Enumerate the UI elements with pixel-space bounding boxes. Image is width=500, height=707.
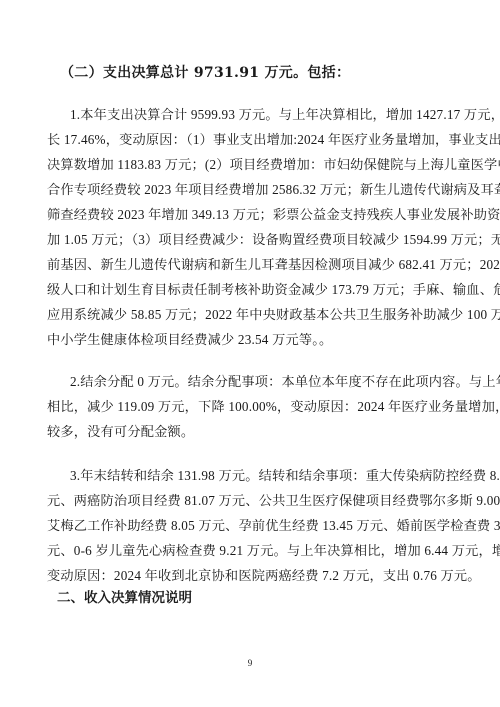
- document-page: （二）支出决算总计 9731.91 万元。包括： 1.本年支出决算合计 9599…: [0, 0, 500, 707]
- text-line: 前基因、新生儿遗传代谢病和新生儿耳聋基因检测项目减少 682.41 万元；202…: [47, 257, 451, 273]
- text-line: 长 17.46%，变动原因：（1）事业支出增加:2024 年医疗业务量增加，事业…: [47, 132, 451, 148]
- text-line: 较多，没有可分配金额。: [47, 424, 451, 440]
- section-heading-income: 二、收入决算情况说明: [57, 589, 192, 607]
- text-line: 筛查经费较 2023 年增加 349.13 万元；彩票公益金支持残疾人事业发展补…: [47, 207, 451, 223]
- text-line: 元、0-6 岁儿童先心病检查费 9.21 万元。与上年决算相比，增加 6.44 …: [47, 543, 451, 559]
- text-line: 2.结余分配 0 万元。结余分配事项：本单位本年度不存在此项内容。与上年决算: [70, 374, 451, 390]
- text-line: 元、两癌防治项目经费 81.07 万元、公共卫生医疗保健项目经费鄂尔多斯 9.0…: [47, 493, 451, 509]
- text-line: 决算数增加 1183.83 万元；(2）项目经费增加：市妇幼保健院与上海儿童医学…: [47, 157, 451, 173]
- text-line: 艾梅乙工作补助经费 8.05 万元、孕前优生经费 13.45 万元、婚前医学检查…: [47, 518, 451, 534]
- text-line: 级人口和计划生育目标责任制考核补助资金减少 173.79 万元；手麻、输血、危急…: [47, 282, 451, 298]
- text-line: 相比，减少 119.09 万元，下降 100.00%，变动原因：2024 年医疗…: [47, 399, 451, 415]
- text-line: 变动原因：2024 年收到北京协和医院两癌经费 7.2 万元，支出 0.76 万…: [47, 568, 451, 584]
- text-line: 应用系统减少 58.85 万元；2022 年中央财政基本公共卫生服务补助减少 1…: [47, 307, 451, 323]
- text-line: 1.本年支出决算合计 9599.93 万元。与上年决算相比，增加 1427.17…: [70, 107, 451, 123]
- page-number: 9: [0, 658, 500, 668]
- text-line: 3.年末结转和结余 131.98 万元。结转和结余事项：重大传染病防控经费 8.…: [70, 468, 451, 484]
- text-line: 加 1.05 万元；（3）项目经费减少：设备购置经费项目较减少 1594.99 …: [47, 232, 451, 248]
- text-line: 中小学生健康体检项目经费减少 23.54 万元等。。: [47, 332, 451, 348]
- text-line: 合作专项经费较 2023 年项目经费增加 2586.32 万元；新生儿遗传代谢病…: [47, 182, 451, 198]
- section-heading-expenditure: （二）支出决算总计 9731.91 万元。包括：: [60, 64, 350, 82]
